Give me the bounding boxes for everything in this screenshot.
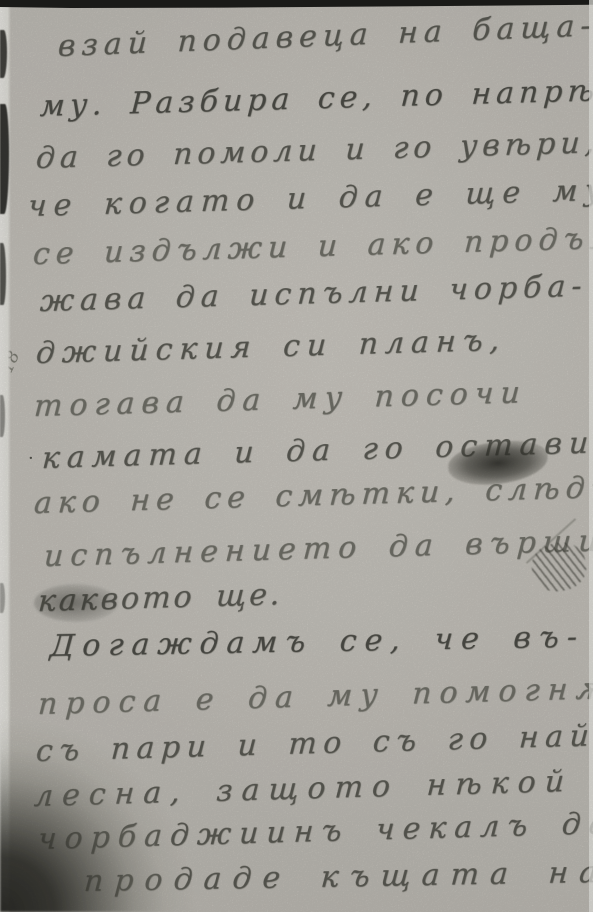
handwriting-line: взай подавеца на баща- xyxy=(57,8,593,64)
handwriting-line: Догаждамъ се, че въ- xyxy=(49,620,586,664)
handwriting-line: да го помоли и го увѣри, xyxy=(35,125,593,176)
handwriting-line: жава да испълни чорба- xyxy=(39,269,589,319)
handwriting-line: че когато и да е ще му xyxy=(27,173,593,224)
handwriting-line: испълнението да върши, xyxy=(43,523,593,574)
handwriting-line: се издължи и ако продъл- xyxy=(32,220,593,272)
handwriting-line: му. Разбира се, по напрѣдъ xyxy=(39,72,593,124)
handwriting-line: джийския си планъ, xyxy=(35,323,507,371)
overwrite-smudge xyxy=(34,584,118,622)
corner-shadow xyxy=(0,692,230,912)
edge-blotch xyxy=(0,395,5,437)
handwriting-line: тогава да му посочи xyxy=(33,375,528,424)
edge-blotch xyxy=(0,583,5,613)
margin-dot: · xyxy=(28,448,34,469)
photo-top-edge xyxy=(0,0,593,8)
manuscript-photo: 18 · взай подавеца на баща- му. Разбира … xyxy=(0,0,593,912)
photo-right-edge xyxy=(589,0,593,912)
edge-blotch xyxy=(0,243,6,305)
